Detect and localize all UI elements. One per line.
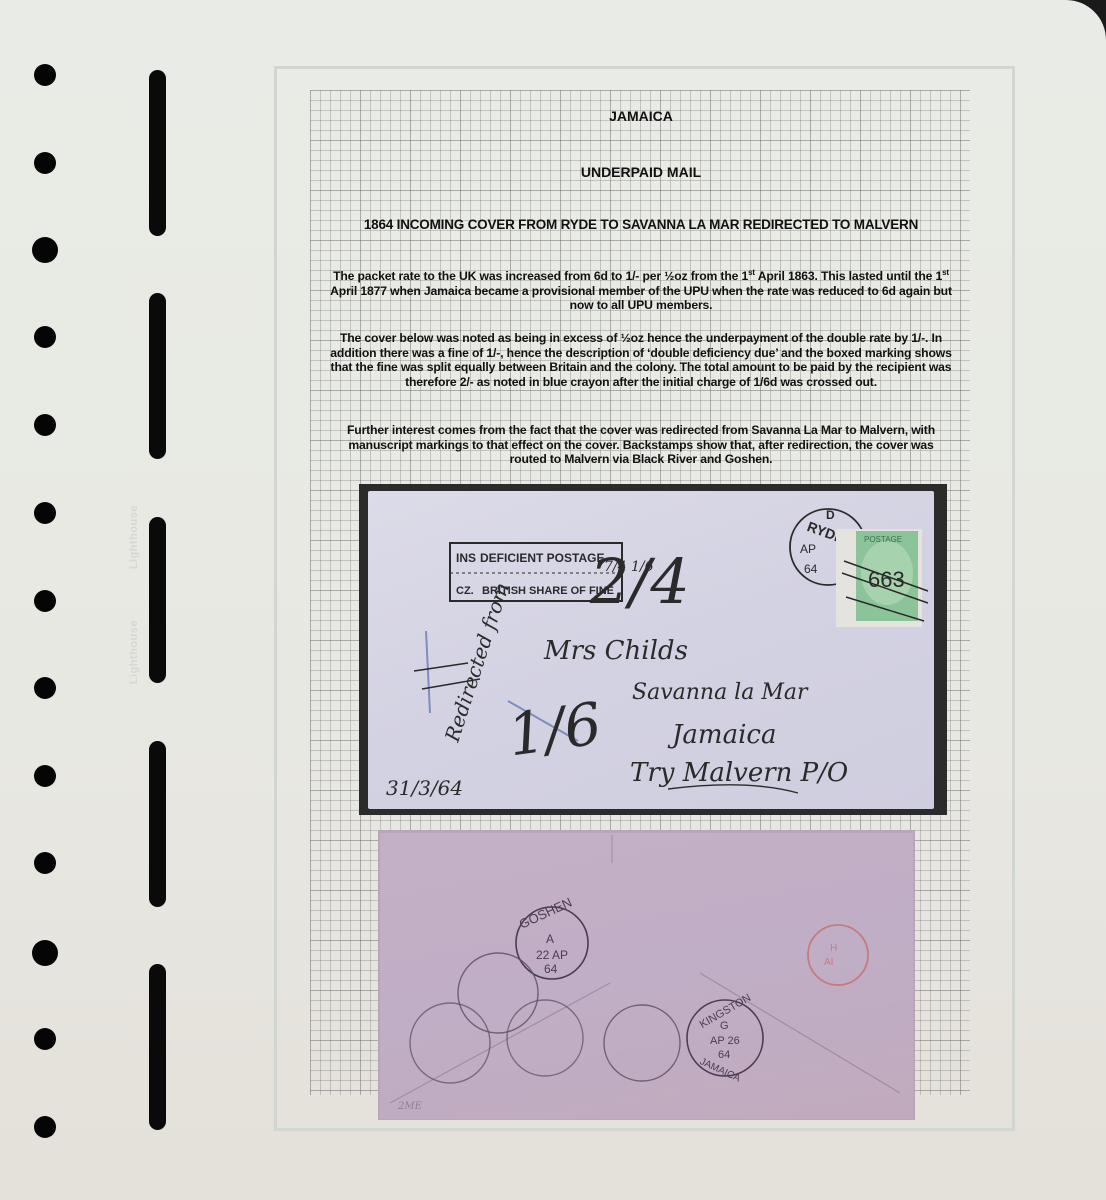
page-title: JAMAICA [330,108,952,124]
address-line: Mrs Childs [543,636,688,666]
ordinal-suffix: st [942,268,949,277]
svg-text:A: A [546,932,554,946]
binder-hole [34,590,56,612]
cover-front-markings: INS DEFICIENT POSTAGE CZ. BRITISH SHARE … [368,491,934,809]
svg-text:INS: INS [456,551,476,565]
paragraph-text: The packet rate to the UK was increased … [333,269,748,283]
page-subtitle: UNDERPAID MAIL [330,164,952,180]
binder-hole [34,152,56,174]
svg-text:64: 64 [718,1049,730,1061]
svg-text:G: G [720,1020,729,1032]
svg-text:64: 64 [544,962,558,976]
svg-text:H: H [830,943,837,954]
svg-text:AP: AP [800,542,816,556]
address-line: Jamaica [667,720,776,750]
cover-back: GOSHEN A 22 AP 64 KINGSTON G AP 26 64 JA… [380,833,913,1119]
kingston-backstamp: KINGSTON G AP 26 64 JAMAICA [687,992,763,1085]
binder-hole [34,64,56,86]
crossed-charge: 1/6 [504,689,606,769]
address-line: Savanna la Mar [632,680,809,705]
binder-slot [149,70,166,236]
binder-slot [149,741,166,907]
binder-hole [34,1116,56,1138]
red-transit-postmark: H AI [808,925,868,985]
binder-hole [32,940,58,966]
binder-hole [34,502,56,524]
binder-slot [149,964,166,1130]
charge-manuscript: 2/4 [589,545,690,618]
binder-hole [34,414,56,436]
svg-text:AI: AI [824,957,833,968]
svg-text:22 AP: 22 AP [536,948,568,962]
backstamp [410,1003,490,1083]
backstamp [458,953,538,1033]
svg-text:POSTAGE: POSTAGE [864,535,902,544]
section-heading: 1864 INCOMING COVER FROM RYDE TO SAVANNA… [330,217,952,232]
watermark-text: Lighthouse [128,505,140,569]
svg-text:AP 26: AP 26 [710,1035,740,1047]
watermark-text: Lighthouse [128,620,140,684]
svg-text:GOSHEN: GOSHEN [517,894,574,931]
backstamp [604,1005,680,1081]
pencil-note: 2ME [397,1101,423,1112]
paragraph-rates: The packet rate to the UK was increased … [330,269,952,313]
binder-hole [34,765,56,787]
ordinal-suffix: st [748,268,755,277]
svg-text:D: D [826,508,835,522]
binder-hole [34,326,56,348]
address-line: Try Malvern P/O [630,758,848,788]
binder-hole [34,677,56,699]
stamp-one-shilling: POSTAGE 663 [836,529,928,627]
binder-slot [149,293,166,459]
binder-hole [32,237,58,263]
paragraph-text: April 1863. This lasted until the 1 [755,269,942,283]
paragraph-deficiency: The cover below was noted as being in ex… [330,331,952,389]
paragraph-text: April 1877 when Jamaica became a provisi… [330,284,952,313]
date-manuscript: 31/3/64 [386,776,463,800]
svg-text:DEFICIENT POSTAGE: DEFICIENT POSTAGE [480,551,604,565]
paragraph-redirection: Further interest comes from the fact tha… [330,423,952,467]
cover-back-markings: GOSHEN A 22 AP 64 KINGSTON G AP 26 64 JA… [380,833,913,1119]
binder-hole [34,1028,56,1050]
svg-text:CZ.: CZ. [456,585,474,597]
svg-text:64: 64 [804,562,818,576]
binder-hole [34,852,56,874]
binder-slot [149,517,166,683]
backstamp [507,1000,583,1076]
goshen-backstamp: GOSHEN A 22 AP 64 [516,894,588,979]
cover-front: INS DEFICIENT POSTAGE CZ. BRITISH SHARE … [368,491,934,809]
redirect-note: Redirected from [440,580,514,746]
